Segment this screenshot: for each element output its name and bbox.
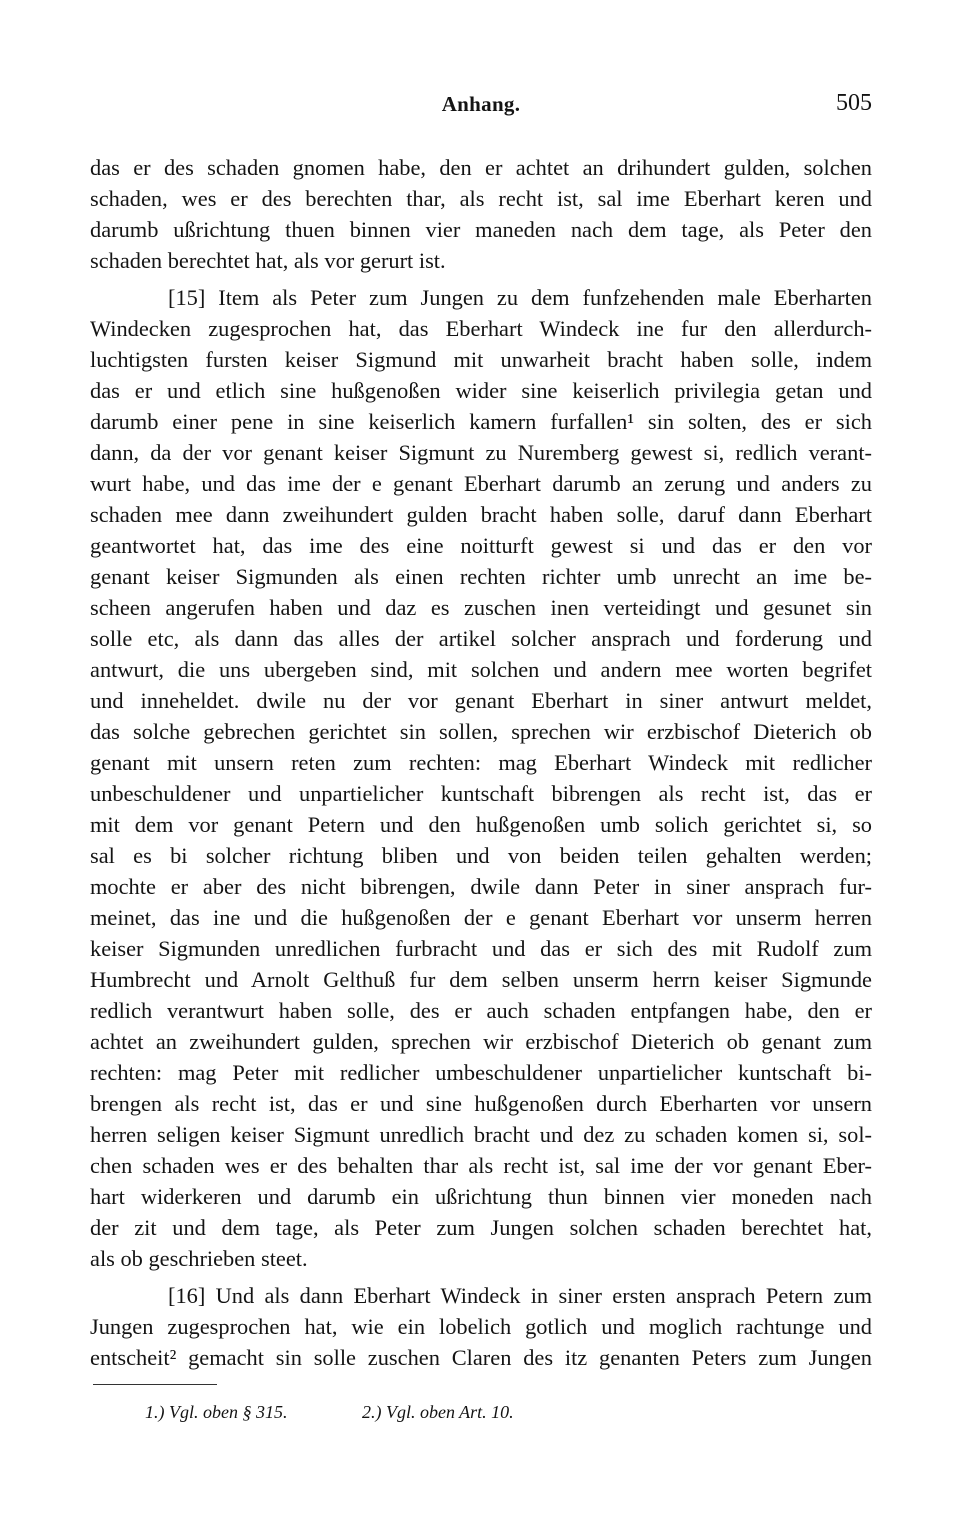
text-line: [15] Item als Peter zum Jungen zu dem fu… [90, 282, 872, 313]
text-line: wurt habe, und das ime der e genant Eber… [90, 468, 872, 499]
text-line: luchtigsten fursten keiser Sigmund mit u… [90, 344, 872, 375]
text-line: und inneheldet. dwile nu der vor genant … [90, 685, 872, 716]
text-line: chen schaden wes er des behalten thar al… [90, 1150, 872, 1181]
text-line: achtet an zweihundert gulden, sprechen w… [90, 1026, 872, 1057]
text-line: Humbrecht und Arnolt Gelthuß fur dem sel… [90, 964, 872, 995]
text-line: keiser Sigmunden unredlichen furbracht u… [90, 933, 872, 964]
text-line: der zit und dem tage, als Peter zum Jung… [90, 1212, 872, 1243]
footnote-1: 1.) Vgl. oben § 315. [145, 1402, 288, 1423]
text-line: genant mit unsern reten zum rechten: mag… [90, 747, 872, 778]
text-line: mit dem vor genant Petern und den hußgen… [90, 809, 872, 840]
footnotes: 1.) Vgl. oben § 315. 2.) Vgl. oben Art. … [145, 1402, 584, 1423]
text-line: als ob geschrieben steet. [90, 1243, 872, 1274]
text-line: darumb einer pene in sine keiserlich kam… [90, 406, 872, 437]
text-line: dann, da der vor genant keiser Sigmunt z… [90, 437, 872, 468]
text-line: geantwortet hat, das ime des eine noittu… [90, 530, 872, 561]
text-line: Windecken zugesprochen hat, das Eberhart… [90, 313, 872, 344]
text-line: das er und etlich sine hußgenoßen wider … [90, 375, 872, 406]
text-line: meinet, das ine und die hußgenoßen der e… [90, 902, 872, 933]
text-line: brengen als recht ist, das er und sine h… [90, 1088, 872, 1119]
text-line: entscheit² gemacht sin solle zuschen Cla… [90, 1342, 872, 1373]
text-line: Jungen zugesprochen hat, wie ein lobelic… [90, 1311, 872, 1342]
text-line: das solche gebrechen gerichtet sin solle… [90, 716, 872, 747]
text-line: antwurt, die uns ubergeben sind, mit sol… [90, 654, 872, 685]
body-text: das er des schaden gnomen habe, den er a… [90, 152, 872, 1373]
footnote-divider [93, 1384, 217, 1385]
text-line: sal es bi solcher richtung bliben und vo… [90, 840, 872, 871]
text-line: schaden, wes er des berechten thar, als … [90, 183, 872, 214]
text-line: hart widerkeren und darumb ein ußrichtun… [90, 1181, 872, 1212]
running-head-title: Anhang. [90, 92, 872, 117]
text-line: genant keiser Sigmunden als einen rechte… [90, 561, 872, 592]
text-line: mochte er aber des nicht bibrengen, dwil… [90, 871, 872, 902]
footnote-marker: 1.) [145, 1402, 165, 1422]
text-line: schaden berechtet hat, als vor gerurt is… [90, 245, 872, 276]
text-line: darumb ußrichtung thuen binnen vier mane… [90, 214, 872, 245]
footnote-marker: 2.) [362, 1402, 382, 1422]
text-line: [16] Und als dann Eberhart Windeck in si… [90, 1280, 872, 1311]
text-line: schaden mee dann zweihundert gulden brac… [90, 499, 872, 530]
text-line: unbeschuldener und unpartielicher kuntsc… [90, 778, 872, 809]
text-line: rechten: mag Peter mit redlicher umbesch… [90, 1057, 872, 1088]
text-line: solle etc, als dann das alles der artike… [90, 623, 872, 654]
text-line: redlich verantwurt haben solle, des er a… [90, 995, 872, 1026]
footnote-text: Vgl. oben § 315. [169, 1402, 288, 1422]
footnote-2: 2.) Vgl. oben Art. 10. [362, 1402, 514, 1423]
text-line: das er des schaden gnomen habe, den er a… [90, 152, 872, 183]
running-head: Anhang. 505 [90, 92, 872, 124]
text-line: scheen angerufen haben und daz es zusche… [90, 592, 872, 623]
text-line: herren seligen keiser Sigmunt unredlich … [90, 1119, 872, 1150]
document-page: Anhang. 505 das er des schaden gnomen ha… [0, 0, 960, 1524]
page-number: 505 [836, 90, 872, 117]
footnote-text: Vgl. oben Art. 10. [386, 1402, 514, 1422]
